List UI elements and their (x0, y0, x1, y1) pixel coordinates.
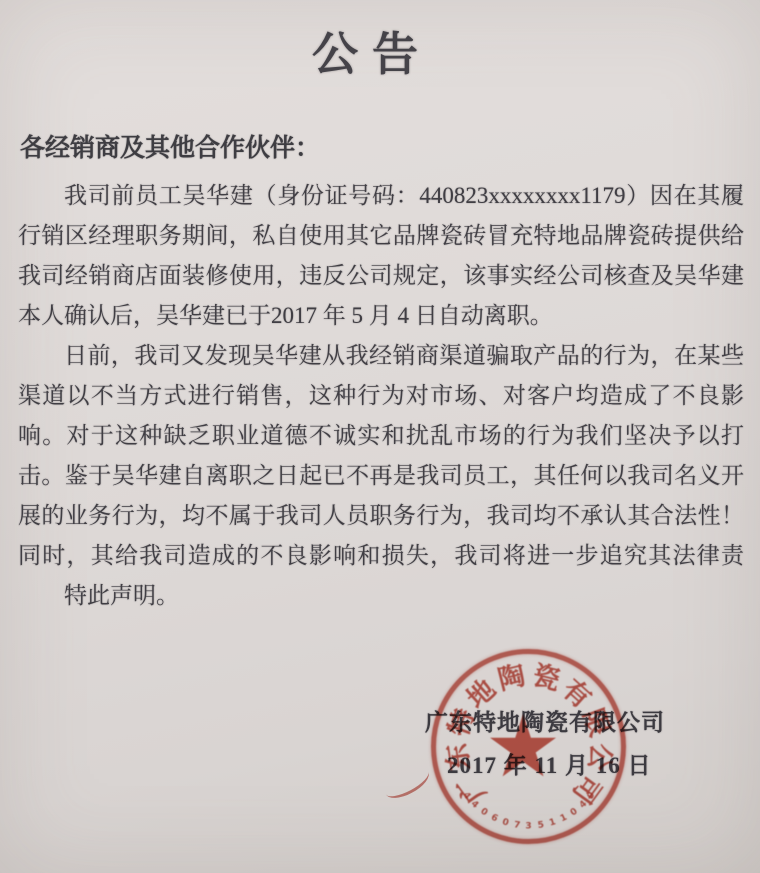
paragraph-2: 日前，我司又发现吴华建从我经销商渠道骗取产品的行为，在某些渠道以不当方式进行销售… (18, 336, 744, 576)
seal-arc-char: 瓷 (529, 661, 562, 694)
document-title: 公告 (0, 18, 760, 84)
paragraph-1: 我司前员工吴华建（身份证号码：440823xxxxxxxx1179）因在其履行销… (18, 176, 744, 336)
seal-arc-char: 0 (500, 818, 509, 828)
seal-arc-char: 4 (460, 791, 471, 801)
document-body: 我司前员工吴华建（身份证号码：440823xxxxxxxx1179）因在其履行销… (18, 176, 744, 616)
seal-arc-char: 0 (478, 807, 488, 818)
seal-arc-char: 1 (548, 818, 557, 828)
seal-arc-char: 4 (578, 799, 589, 810)
seal-arc-char: 3 (525, 822, 531, 831)
seal-arc-char: 4 (468, 799, 479, 810)
seal-arc-char: 5 (537, 821, 545, 831)
seal-arc-char: 9 (586, 791, 597, 801)
closing-statement: 特此声明。 (18, 576, 744, 616)
signature-company-name: 广东特地陶瓷有限公司 (425, 704, 665, 737)
signature-date: 2017 年 11 月 16 日 (447, 747, 651, 780)
seal-arc-char: 0 (569, 807, 579, 818)
seal-arc-char: 1 (559, 813, 569, 824)
seal-arc-char: 7 (513, 821, 521, 831)
seal-arc-char: 陶 (495, 661, 528, 694)
salutation-line: 各经销商及其他合作伙伴： (20, 128, 320, 164)
seal-arc-char: 6 (489, 813, 499, 824)
document-page: 公告 各经销商及其他合作伙伴： 我司前员工吴华建（身份证号码：440823xxx… (0, 0, 760, 873)
stray-ink-stroke (381, 762, 434, 804)
